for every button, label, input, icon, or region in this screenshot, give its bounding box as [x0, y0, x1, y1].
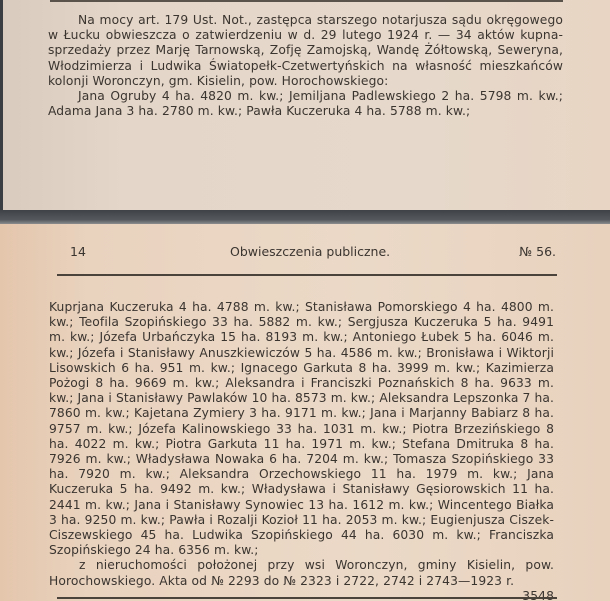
top-page-scan: Na mocy art. 179 Ust. Not., zastępca sta…	[0, 0, 610, 210]
bottom-page-body: Kuprjana Kuczeruka 4 ha. 4788 m. kw.; St…	[49, 300, 554, 601]
bottom-rule	[57, 597, 557, 599]
land-list-continued-paragraph: Kuprjana Kuczeruka 4 ha. 4788 m. kw.; St…	[49, 300, 554, 558]
land-list-paragraph: Jana Ogruby 4 ha. 4820 m. kw.; Jemiljana…	[48, 89, 563, 119]
top-rule	[50, 0, 563, 2]
page-header: 14 Obwieszczenia publiczne. № 56.	[70, 244, 556, 262]
top-page-body: Na mocy art. 179 Ust. Not., zastępca sta…	[48, 13, 563, 119]
running-title: Obwieszczenia publiczne.	[230, 244, 390, 259]
notice-intro-paragraph: Na mocy art. 179 Ust. Not., zastępca sta…	[48, 13, 563, 89]
issue-number: № 56.	[519, 244, 556, 259]
page-number: 14	[70, 244, 86, 259]
page-divider	[0, 210, 610, 224]
property-location-paragraph: z nieruchomości położonej przy wsi Woron…	[49, 558, 554, 588]
reference-number: 3548	[49, 589, 554, 601]
header-rule	[57, 274, 557, 276]
